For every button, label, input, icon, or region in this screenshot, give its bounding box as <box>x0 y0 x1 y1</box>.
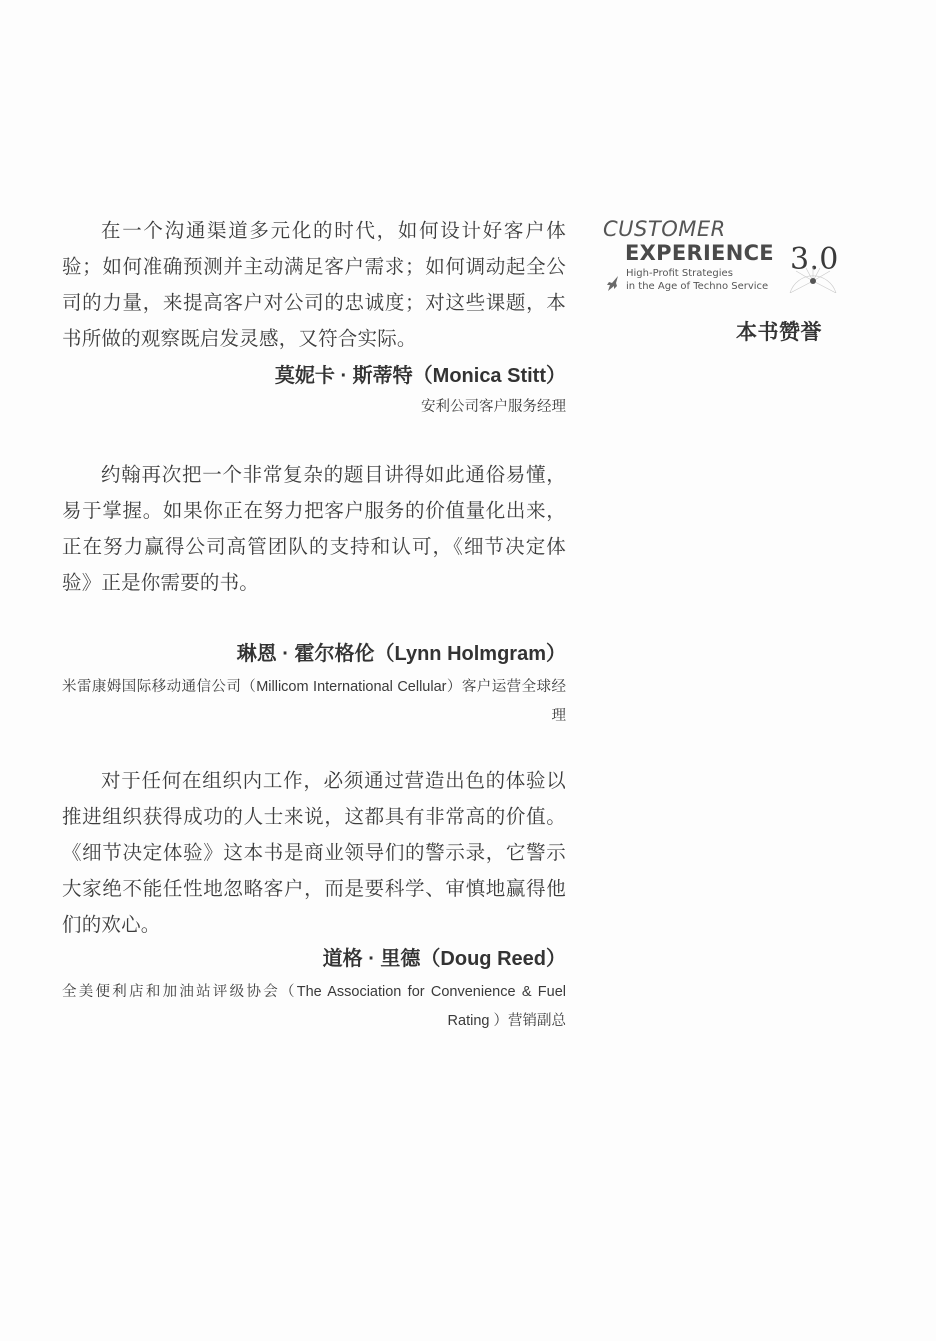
endorser-name: 莫妮卡 · 斯蒂特（Monica Stitt） <box>62 361 566 391</box>
endorsement-quote: 约翰再次把一个非常复杂的题目讲得如此通俗易懂，易于掌握。如果你正在努力把客户服务… <box>62 457 566 731</box>
endorsement-quote: 在一个沟通渠道多元化的时代，如何设计好客户体验；如何准确预测并主动满足客户需求；… <box>62 213 566 422</box>
section-title: 本书赞誉 <box>736 316 822 346</box>
logo-line2: EXPERIENCE 3.0 <box>625 241 823 265</box>
endorser-name: 道格 · 里德（Doug Reed） <box>62 944 566 974</box>
radial-fan-icon <box>786 267 840 293</box>
logo-line2-text: EXPERIENCE <box>625 241 774 265</box>
logo-subtitle: High-Profit Strategies in the Age of Tec… <box>626 267 823 293</box>
quote-text: 约翰再次把一个非常复杂的题目讲得如此通俗易懂，易于掌握。如果你正在努力把客户服务… <box>62 457 566 601</box>
logo-line1: CUSTOMER <box>603 217 823 241</box>
book-logo: CUSTOMER EXPERIENCE 3.0 High-Profit Stra… <box>603 217 823 293</box>
rocket-icon <box>606 275 620 294</box>
quote-text: 在一个沟通渠道多元化的时代，如何设计好客户体验；如何准确预测并主动满足客户需求；… <box>62 213 566 357</box>
endorsement-quote: 对于任何在组织内工作，必须通过营造出色的体验以推进组织获得成功的人士来说，这都具… <box>62 763 566 1036</box>
endorser-role: 米雷康姆国际移动通信公司（Millicom International Cell… <box>62 673 566 731</box>
quote-text: 对于任何在组织内工作，必须通过营造出色的体验以推进组织获得成功的人士来说，这都具… <box>62 763 566 943</box>
endorser-role: 全美便利店和加油站评级协会（The Association for Conven… <box>62 978 566 1036</box>
endorser-name: 琳恩 · 霍尔格伦（Lynn Holmgram） <box>62 639 566 669</box>
endorser-role: 安利公司客户服务经理 <box>62 393 566 422</box>
